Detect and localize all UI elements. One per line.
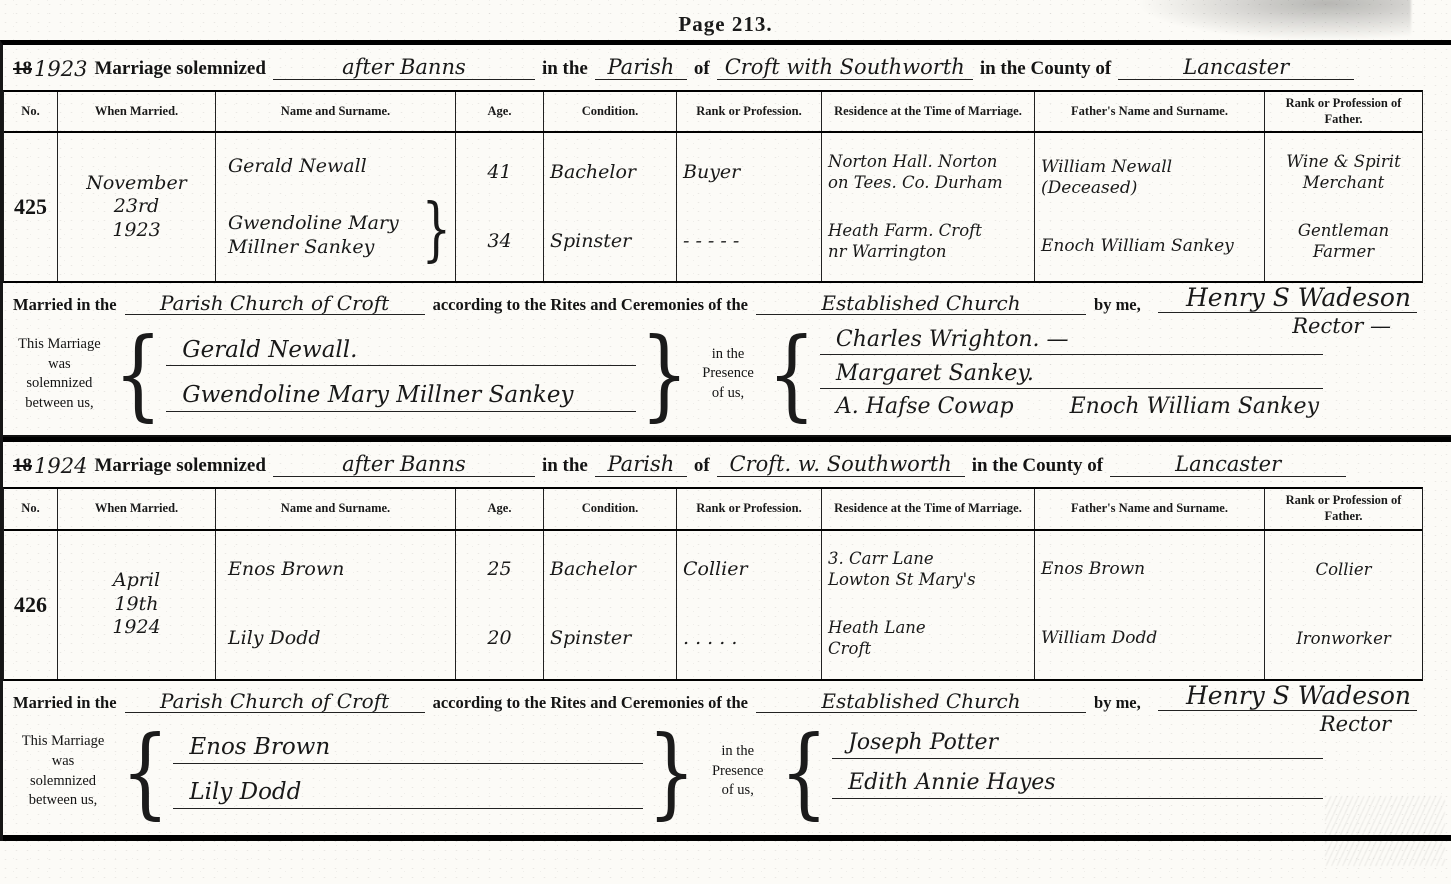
cell-fathers: William Newall (Deceased) Enoch William …	[1035, 133, 1265, 281]
bride-father-profession: Gentleman Farmer	[1271, 221, 1416, 262]
groom-age: 25	[487, 558, 511, 582]
entry-number: 425	[14, 194, 47, 220]
couple-signatures: Enos Brown Lily Dodd	[173, 719, 643, 825]
parish-word-entry: Parish	[607, 454, 674, 475]
banns-blank: after Banns	[273, 454, 535, 477]
married-in-line: Married in the Parish Church of Croft ac…	[3, 681, 1451, 717]
cell-conditions: Bachelor Spinster	[544, 133, 677, 281]
county-blank: Lancaster	[1110, 454, 1346, 477]
column-header-father-profession: Rank or Profession of Father.	[1265, 92, 1422, 131]
witness-open-brace: {	[768, 325, 816, 424]
church-type-entry: Established Church	[821, 691, 1020, 711]
groom-signature: Gerald Newall.	[182, 337, 357, 363]
column-header-no: No.	[4, 92, 58, 131]
county-entry: Lancaster	[1175, 454, 1281, 475]
witness-signature-1: Charles Wrighton. —	[836, 327, 1069, 352]
witness-line-3: A. Hafse Cowap Enoch William Sankey	[820, 394, 1323, 421]
witness-signature-2: Edith Annie Hayes	[848, 770, 1056, 795]
witness-signature-1: Joseph Potter	[848, 730, 998, 755]
groom-signature: Enos Brown	[189, 734, 330, 760]
entry-heading: 18 1923 Marriage solemnized after Banns …	[3, 45, 1451, 86]
of-label: of	[694, 455, 710, 477]
groom-signature-line: Gerald Newall.	[166, 337, 636, 366]
banns-blank: after Banns	[273, 57, 535, 80]
column-header-father: Father's Name and Surname.	[1035, 92, 1265, 131]
open-brace: {	[114, 325, 162, 424]
officiant-title: Rector —	[1292, 316, 1391, 337]
cell-professions: Buyer - - - - -	[677, 133, 822, 281]
groom-profession: Collier	[683, 558, 815, 582]
church-type-entry: Established Church	[821, 293, 1020, 313]
page-bottom-rule	[3, 835, 1451, 841]
groom-father-profession: Wine & Spirit Merchant	[1271, 152, 1416, 193]
bride-signature-line: Lily Dodd	[173, 779, 643, 808]
parish-name-blank: Croft. w. Southworth	[717, 454, 965, 477]
year-prefix-printed: 18	[13, 455, 32, 477]
cell-professions: Collier . . . . .	[677, 531, 822, 679]
cell-fathers: Enos Brown William Dodd	[1035, 531, 1265, 679]
open-brace: {	[121, 722, 169, 821]
cell-residences: Norton Hall. Norton on Tees. Co. Durham …	[822, 133, 1035, 281]
column-header-name: Name and Surname.	[216, 489, 456, 528]
column-header-age: Age.	[456, 92, 544, 131]
witness-line-2: Edith Annie Hayes	[832, 770, 1323, 798]
bride-name: Gwendoline Mary Millner Sankey	[228, 212, 449, 260]
witness-open-brace: {	[780, 722, 828, 821]
table-header-row: No. When Married. Name and Surname. Age.…	[4, 92, 1422, 133]
groom-condition: Bachelor	[550, 558, 670, 582]
groom-residence: Norton Hall. Norton on Tees. Co. Durham	[828, 152, 1028, 193]
column-header-when-married: When Married.	[58, 489, 216, 528]
cell-entry-number: 425	[4, 133, 58, 281]
groom-name: Gerald Newall	[228, 155, 449, 179]
parish-name-blank: Croft with Southworth	[717, 57, 973, 80]
bride-father-profession: Ironworker	[1271, 629, 1416, 650]
bride-age: 20	[487, 627, 511, 651]
column-header-when-married: When Married.	[58, 92, 216, 131]
married-in-line: Married in the Parish Church of Croft ac…	[3, 283, 1451, 319]
of-label: of	[694, 58, 710, 80]
cell-names: Enos Brown Lily Dodd	[216, 531, 456, 679]
groom-profession: Buyer	[683, 161, 815, 185]
cell-ages: 25 20	[456, 531, 544, 679]
column-header-profession: Rank or Profession.	[677, 92, 822, 131]
groom-signature-line: Enos Brown	[173, 734, 643, 763]
officiant-signature: Henry S Wadeson	[1158, 683, 1417, 711]
register-table: No. When Married. Name and Surname. Age.…	[3, 90, 1423, 283]
parish-name-entry: Croft with Southworth	[725, 57, 965, 78]
banns-entry: after Banns	[342, 454, 466, 475]
close-brace: }	[640, 325, 688, 424]
officiant-signature: Henry S Wadeson	[1158, 285, 1417, 313]
bride-father: William Dodd	[1041, 628, 1258, 649]
bride-age: 34	[487, 230, 511, 254]
column-header-name: Name and Surname.	[216, 92, 456, 131]
parish-name-entry: Croft. w. Southworth	[730, 454, 952, 475]
cell-father-professions: Wine & Spirit Merchant Gentleman Farmer	[1265, 133, 1422, 281]
table-header-row: No. When Married. Name and Surname. Age.…	[4, 489, 1422, 530]
marriage-solemnized-label: Marriage solemnized	[94, 58, 265, 80]
groom-father: Enos Brown	[1041, 559, 1258, 580]
county-label: in the County of	[980, 58, 1111, 80]
column-header-father: Father's Name and Surname.	[1035, 489, 1265, 528]
year-handwritten: 1923	[34, 59, 87, 80]
bride-father: Enoch William Sankey	[1041, 236, 1258, 257]
groom-condition: Bachelor	[550, 161, 670, 185]
cell-when-married: November 23rd 1923	[58, 133, 216, 281]
names-brace: }	[422, 187, 451, 273]
column-header-no: No.	[4, 489, 58, 528]
cell-names: Gerald Newall Gwendoline Mary Millner Sa…	[216, 133, 456, 281]
presence-label: in the Presence of us,	[700, 742, 776, 801]
column-header-father-profession: Rank or Profession of Father.	[1265, 489, 1422, 528]
marriage-register-page: 18 1923 Marriage solemnized after Banns …	[0, 40, 1451, 841]
when-married-entry: April 19th 1924	[112, 569, 160, 640]
bride-residence: Heath Lane Croft	[828, 618, 1028, 659]
officiant-title: Rector	[1320, 714, 1391, 735]
church-type-blank: Established Church	[756, 691, 1086, 713]
officiant-signature-block: Henry S Wadeson Rector —	[1158, 285, 1417, 337]
page-header: Page 213.	[0, 0, 1451, 40]
cell-when-married: April 19th 1924	[58, 531, 216, 679]
close-brace: }	[647, 722, 695, 821]
column-header-age: Age.	[456, 489, 544, 528]
bride-residence: Heath Farm. Croft nr Warrington	[828, 221, 1028, 262]
column-header-residence: Residence at the Time of Marriage.	[822, 92, 1035, 131]
couple-signatures: Gerald Newall. Gwendoline Mary Millner S…	[166, 321, 636, 427]
bride-name: Lily Dodd	[228, 627, 449, 651]
church-blank: Parish Church of Croft	[125, 691, 425, 713]
groom-age: 41	[487, 161, 511, 185]
by-me-label: by me,	[1094, 295, 1141, 315]
column-header-condition: Condition.	[544, 489, 677, 528]
groom-father: William Newall (Deceased)	[1041, 157, 1258, 200]
column-header-condition: Condition.	[544, 92, 677, 131]
banns-entry: after Banns	[342, 57, 466, 78]
cell-ages: 41 34	[456, 133, 544, 281]
solemnized-label: This Marriage was solemnized between us,	[9, 732, 117, 810]
bride-profession: - - - - -	[683, 230, 815, 254]
cell-residences: 3. Carr Lane Lowton St Mary's Heath Lane…	[822, 531, 1035, 679]
entry-heading: 18 1924 Marriage solemnized after Banns …	[3, 442, 1451, 483]
register-entry-426: 18 1924 Marriage solemnized after Banns …	[3, 442, 1451, 832]
cell-father-professions: Collier Ironworker	[1265, 531, 1422, 679]
table-row: 426 April 19th 1924 Enos Brown Lily Dodd…	[4, 531, 1422, 679]
year-handwritten: 1924	[34, 456, 87, 477]
church-entry: Parish Church of Croft	[160, 691, 389, 711]
groom-name: Enos Brown	[228, 558, 449, 582]
bride-condition: Spinster	[550, 230, 670, 254]
groom-residence: 3. Carr Lane Lowton St Mary's	[828, 549, 1028, 590]
county-label: in the County of	[972, 455, 1103, 477]
married-in-label: Married in the	[13, 693, 117, 713]
witness-signature-3: A. Hafse Cowap Enoch William Sankey	[836, 394, 1319, 419]
register-table: No. When Married. Name and Surname. Age.…	[3, 487, 1423, 680]
year-prefix-printed: 18	[13, 58, 32, 80]
column-header-residence: Residence at the Time of Marriage.	[822, 489, 1035, 528]
entry-separator	[3, 435, 1451, 442]
parish-word-blank: Parish	[595, 57, 687, 80]
page-number: Page 213.	[0, 12, 1451, 37]
presence-label: in the Presence of us,	[693, 345, 764, 404]
county-blank: Lancaster	[1118, 57, 1354, 80]
entry-number: 426	[14, 592, 47, 618]
bride-signature-line: Gwendoline Mary Millner Sankey	[166, 382, 636, 411]
register-entry-425: 18 1923 Marriage solemnized after Banns …	[3, 45, 1451, 435]
year-field: 18 1923	[13, 58, 87, 80]
county-entry: Lancaster	[1183, 57, 1289, 78]
in-the-label: in the	[542, 455, 588, 477]
officiant-signature-block: Henry S Wadeson Rector	[1158, 683, 1417, 735]
rites-label: according to the Rites and Ceremonies of…	[433, 693, 748, 713]
table-row: 425 November 23rd 1923 Gerald Newall Gwe…	[4, 133, 1422, 281]
parish-word-blank: Parish	[595, 454, 687, 477]
church-type-blank: Established Church	[756, 293, 1086, 315]
church-blank: Parish Church of Croft	[125, 293, 425, 315]
by-me-label: by me,	[1094, 693, 1141, 713]
marriage-solemnized-label: Marriage solemnized	[94, 455, 265, 477]
witness-signature-2: Margaret Sankey.	[836, 361, 1034, 386]
married-in-label: Married in the	[13, 295, 117, 315]
parish-word-entry: Parish	[607, 57, 674, 78]
bride-signature: Lily Dodd	[189, 779, 301, 805]
when-married-entry: November 23rd 1923	[86, 172, 187, 243]
bride-condition: Spinster	[550, 627, 670, 651]
in-the-label: in the	[542, 58, 588, 80]
witness-line-3	[832, 811, 1323, 813]
column-header-profession: Rank or Profession.	[677, 489, 822, 528]
solemnized-label: This Marriage was solemnized between us,	[9, 335, 110, 413]
bride-signature: Gwendoline Mary Millner Sankey	[182, 382, 573, 408]
bride-profession: . . . . .	[683, 627, 815, 651]
cell-entry-number: 426	[4, 531, 58, 679]
witness-line-2: Margaret Sankey.	[820, 361, 1323, 389]
rites-label: according to the Rites and Ceremonies of…	[433, 295, 748, 315]
year-field: 18 1924	[13, 455, 87, 477]
groom-father-profession: Collier	[1271, 560, 1416, 581]
cell-conditions: Bachelor Spinster	[544, 531, 677, 679]
witness-line-1: Joseph Potter	[832, 730, 1323, 758]
church-entry: Parish Church of Croft	[160, 293, 389, 313]
